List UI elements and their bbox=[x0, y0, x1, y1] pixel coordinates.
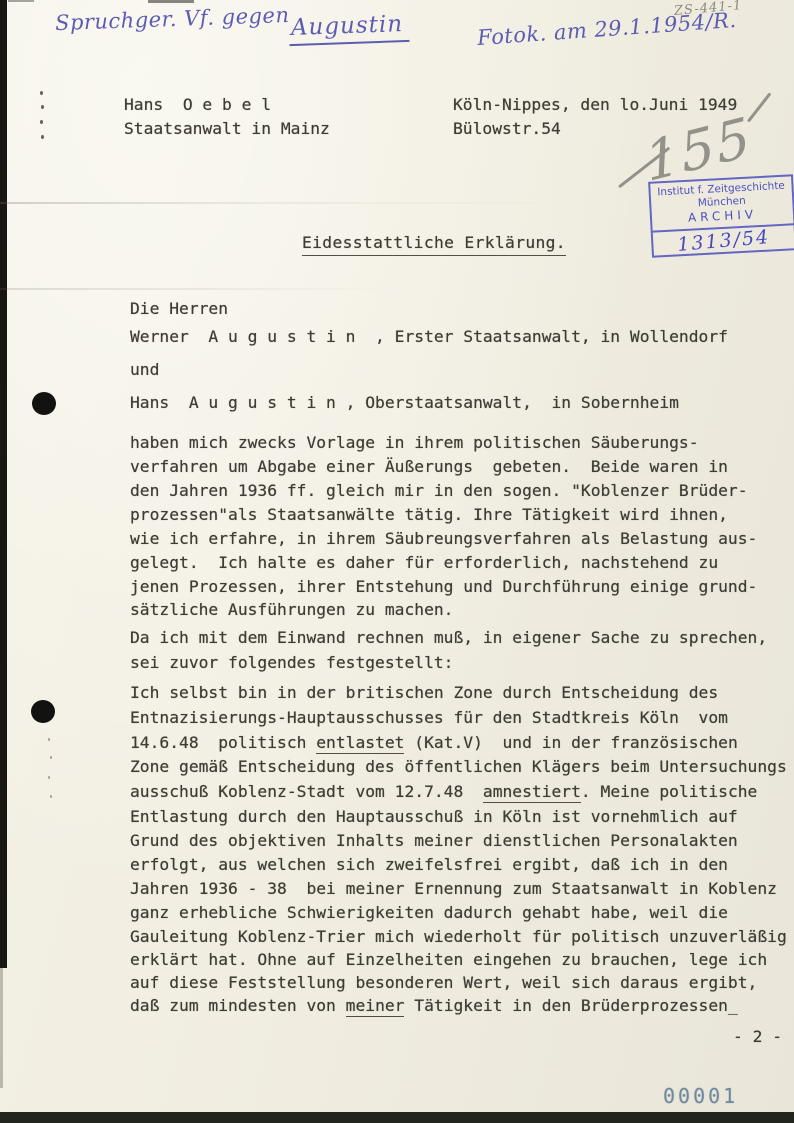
punch-hole-top bbox=[32, 392, 56, 415]
ink-speck bbox=[41, 135, 44, 139]
typed-text: den Jahren 1936 ff. gleich mir in den so… bbox=[130, 481, 748, 500]
typed-line: jenen Prozessen, ihrer Entstehung und Du… bbox=[130, 577, 757, 597]
typed-text: erklärt hat. Ohne auf Einzelheiten einge… bbox=[130, 950, 767, 969]
typed-line: auf diese Feststellung besonderen Wert, … bbox=[130, 973, 757, 993]
typed-line: haben mich zwecks Vorlage in ihrem polit… bbox=[130, 433, 699, 453]
stamp-handwritten-number: 1313/54 bbox=[676, 225, 771, 257]
typed-text: haben mich zwecks Vorlage in ihrem polit… bbox=[130, 433, 699, 452]
typed-line: und bbox=[130, 360, 159, 380]
typed-text: auf diese Feststellung besonderen Wert, … bbox=[130, 973, 757, 992]
address: Bülowstr.54 bbox=[453, 119, 561, 139]
typed-underlined-text: entlastet bbox=[316, 733, 404, 754]
paper-crease bbox=[0, 288, 560, 290]
typed-line: Entlastung durch den Hauptausschuß in Kö… bbox=[130, 807, 738, 827]
sender-title: Staatsanwalt in Mainz bbox=[124, 119, 330, 139]
typed-text: Jahren 1936 - 38 bei meiner Ernennung zu… bbox=[130, 879, 777, 898]
typed-line: Hans A u g u s t i n , Oberstaatsanwalt,… bbox=[130, 393, 679, 413]
place-date: Köln-Nippes, den lo.Juni 1949 bbox=[453, 95, 737, 115]
scan-edge-top-mark2 bbox=[8, 0, 34, 2]
typed-line: verfahren um Abgabe einer Äußerungs gebe… bbox=[130, 457, 728, 477]
typed-underlined-text: amnestiert bbox=[483, 782, 581, 803]
typed-line: prozessen"als Staatsanwälte tätig. Ihre … bbox=[130, 505, 728, 525]
typed-text: sei zuvor folgendes festgestellt: bbox=[130, 653, 453, 672]
typed-line: Werner A u g u s t i n , Erster Staatsan… bbox=[130, 327, 728, 347]
typed-text: . Meine politische bbox=[581, 782, 757, 801]
typed-text: Entnazisierungs-Hauptausschusses für den… bbox=[130, 708, 728, 727]
typed-line: ganz erhebliche Schwierigkeiten dadurch … bbox=[130, 903, 728, 923]
typed-line: sätzliche Ausführungen zu machen. bbox=[130, 600, 453, 620]
typed-line: den Jahren 1936 ff. gleich mir in den so… bbox=[130, 481, 748, 501]
sender-name: Hans O e b e l bbox=[124, 95, 271, 115]
ink-speck bbox=[40, 91, 43, 95]
typed-text: ganz erhebliche Schwierigkeiten dadurch … bbox=[130, 903, 728, 922]
pencil-speck bbox=[48, 738, 50, 741]
typed-text: sätzliche Ausführungen zu machen. bbox=[130, 600, 453, 619]
handwritten-case-name: Augustin bbox=[288, 11, 409, 46]
typed-line: 14.6.48 politisch entlastet (Kat.V) und … bbox=[130, 733, 738, 753]
typed-line: Zone gemäß Entscheidung des öffentlichen… bbox=[130, 757, 787, 777]
pencil-speck bbox=[50, 795, 52, 798]
typed-text: verfahren um Abgabe einer Äußerungs gebe… bbox=[130, 457, 728, 476]
typed-line: gelegt. Ich halte es daher für erforderl… bbox=[130, 553, 718, 573]
archive-stamp: Institut f. Zeitgeschichte München ARCHI… bbox=[648, 174, 794, 257]
document-title: Eidesstattliche Erklärung. bbox=[302, 233, 566, 256]
typed-text: gelegt. Ich halte es daher für erforderl… bbox=[130, 553, 718, 572]
ink-speck bbox=[41, 105, 44, 109]
typed-text: Da ich mit dem Einwand rechnen muß, in e… bbox=[130, 628, 767, 647]
next-page-marker: - 2 - bbox=[733, 1027, 782, 1047]
typed-text: Die Herren bbox=[130, 299, 228, 318]
typed-line: Jahren 1936 - 38 bei meiner Ernennung zu… bbox=[130, 879, 777, 899]
typed-text: jenen Prozessen, ihrer Entstehung und Du… bbox=[130, 577, 757, 596]
typed-text: ausschuß Koblenz-Stadt vom 12.7.48 bbox=[130, 782, 483, 801]
typed-line: Grund des objektiven Inhalts meiner dien… bbox=[130, 831, 738, 851]
pencil-speck bbox=[48, 776, 50, 779]
typed-line: Entnazisierungs-Hauptausschusses für den… bbox=[130, 708, 728, 728]
typed-text: erfolgt, aus welchen sich zweifelsfrei e… bbox=[130, 855, 728, 874]
typed-line: Ich selbst bin in der britischen Zone du… bbox=[130, 683, 718, 703]
typed-text: Ich selbst bin in der britischen Zone du… bbox=[130, 683, 718, 702]
typed-text: Zone gemäß Entscheidung des öffentlichen… bbox=[130, 757, 787, 776]
typed-text: und bbox=[130, 360, 159, 379]
typed-text: Werner A u g u s t i n , Erster Staatsan… bbox=[130, 327, 728, 346]
ink-speck bbox=[40, 120, 43, 124]
handwritten-case-note: Spruchger. Vf. gegen bbox=[55, 3, 290, 35]
typed-text: 14.6.48 politisch bbox=[130, 733, 316, 752]
typed-line: Gauleitung Koblenz-Trier mich wiederholt… bbox=[130, 927, 787, 947]
typed-text: prozessen"als Staatsanwälte tätig. Ihre … bbox=[130, 505, 728, 524]
folio-counter-stamp: 00001 bbox=[663, 1084, 738, 1108]
typed-underlined-text: meiner bbox=[346, 996, 405, 1017]
typed-text: Entlastung durch den Hauptausschuß in Kö… bbox=[130, 807, 738, 826]
typed-text: (Kat.V) und in der französischen bbox=[404, 733, 737, 752]
typed-line: wie ich erfahre, in ihrem Säubreungsverf… bbox=[130, 529, 757, 549]
typed-text: Tätigkeit in den Brüderprozessen_ bbox=[404, 996, 737, 1015]
scan-edge-left-fade bbox=[0, 968, 3, 1088]
typed-line: erklärt hat. Ohne auf Einzelheiten einge… bbox=[130, 950, 767, 970]
typed-line: sei zuvor folgendes festgestellt: bbox=[130, 653, 453, 673]
typed-line: ausschuß Koblenz-Stadt vom 12.7.48 amnes… bbox=[130, 782, 757, 802]
typed-line: daß zum mindesten von meiner Tätigkeit i… bbox=[130, 996, 738, 1016]
pencil-speck bbox=[50, 756, 52, 759]
scan-edge-bottom bbox=[0, 1112, 794, 1123]
punch-hole-bottom bbox=[31, 700, 55, 723]
typed-text: Hans A u g u s t i n , Oberstaatsanwalt,… bbox=[130, 393, 679, 412]
typed-text: wie ich erfahre, in ihrem Säubreungsverf… bbox=[130, 529, 757, 548]
typed-line: erfolgt, aus welchen sich zweifelsfrei e… bbox=[130, 855, 728, 875]
typed-text: Gauleitung Koblenz-Trier mich wiederholt… bbox=[130, 927, 787, 946]
typed-text: daß zum mindesten von bbox=[130, 996, 346, 1015]
typed-line: Die Herren bbox=[130, 299, 228, 319]
pencil-stroke bbox=[747, 92, 771, 122]
scanned-document-page: Spruchger. Vf. gegen Augustin Fotok. am … bbox=[0, 0, 794, 1123]
typed-line: Da ich mit dem Einwand rechnen muß, in e… bbox=[130, 628, 767, 648]
scan-edge-left bbox=[0, 0, 7, 968]
scan-edge-top-mark bbox=[148, 0, 194, 3]
typed-text: Grund des objektiven Inhalts meiner dien… bbox=[130, 831, 738, 850]
